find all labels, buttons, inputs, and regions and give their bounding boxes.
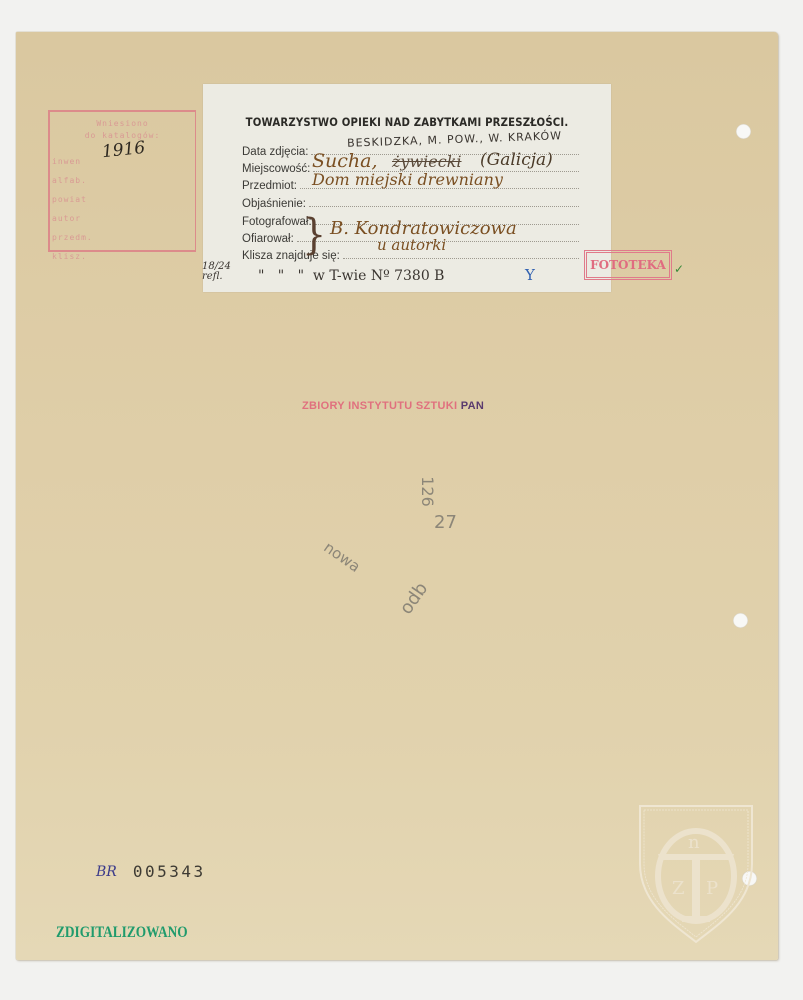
registry-stamp: Wniesiono do katalogów: inwen alfab. pow…	[48, 110, 196, 252]
brace-symbol: }	[302, 210, 326, 258]
field-label: Miejscowość:	[242, 163, 313, 175]
society-emblem-icon: n Z P	[636, 804, 756, 944]
registry-row: przedm.	[52, 228, 93, 247]
field-label: Data zdjęcia:	[242, 146, 311, 158]
collection-stamp-text: ZBIORY INSTYTUTU SZTUKI	[302, 400, 457, 412]
digitized-stamp: ZDIGITALIZOWANO	[56, 924, 188, 942]
field-label: Ofiarował:	[242, 233, 297, 245]
handwritten-subject: Dom miejski drewniany	[312, 170, 503, 189]
registry-row: klisz.	[52, 247, 93, 266]
handwritten-struck-district: żywiecki	[392, 152, 462, 171]
handwritten-society-number: " " " w T-wie Nº 7380 B	[258, 268, 444, 284]
fototeka-stamp: FOTOTEKA	[584, 250, 672, 280]
handwritten-region: (Galicja)	[480, 150, 553, 170]
inventory-prefix: BR	[96, 864, 117, 880]
registry-row: autor	[52, 209, 93, 228]
pencil-note-27: 27	[434, 512, 457, 533]
handwritten-format: 18/24 refl.	[202, 262, 242, 282]
registry-row: alfab.	[52, 171, 93, 190]
blue-check-mark: Y	[525, 266, 535, 284]
inventory-number: BR 005343	[96, 862, 206, 881]
punch-hole	[736, 124, 751, 139]
field-label: Przedmiot:	[242, 180, 300, 192]
collection-stamp: ZBIORY INSTYTUTU SZTUKI PAN	[302, 400, 484, 412]
check-icon: ✓	[674, 262, 684, 276]
card-title: TOWARZYSTWO OPIEKI NAD ZABYTKAMI PRZESZŁ…	[227, 115, 586, 129]
handwritten-place: Sucha,	[312, 150, 378, 172]
svg-text:P: P	[706, 878, 718, 899]
registry-row: powiat	[52, 190, 93, 209]
registry-stamp-title: Wniesiono	[50, 118, 195, 130]
registry-row: inwen	[52, 152, 93, 171]
inventory-value: 005343	[133, 862, 206, 881]
punch-hole	[733, 613, 748, 628]
field-label: Objaśnienie:	[242, 198, 309, 210]
svg-text:n: n	[688, 832, 700, 853]
field-objasnienie: Objaśnienie:	[242, 194, 579, 210]
svg-text:Z: Z	[672, 878, 685, 899]
collection-stamp-suffix: PAN	[461, 400, 484, 412]
field-label: Klisza znajduje się:	[242, 250, 343, 262]
handwritten-plate-location: u autorki	[377, 236, 446, 254]
pencil-note-126: 126	[418, 476, 437, 507]
